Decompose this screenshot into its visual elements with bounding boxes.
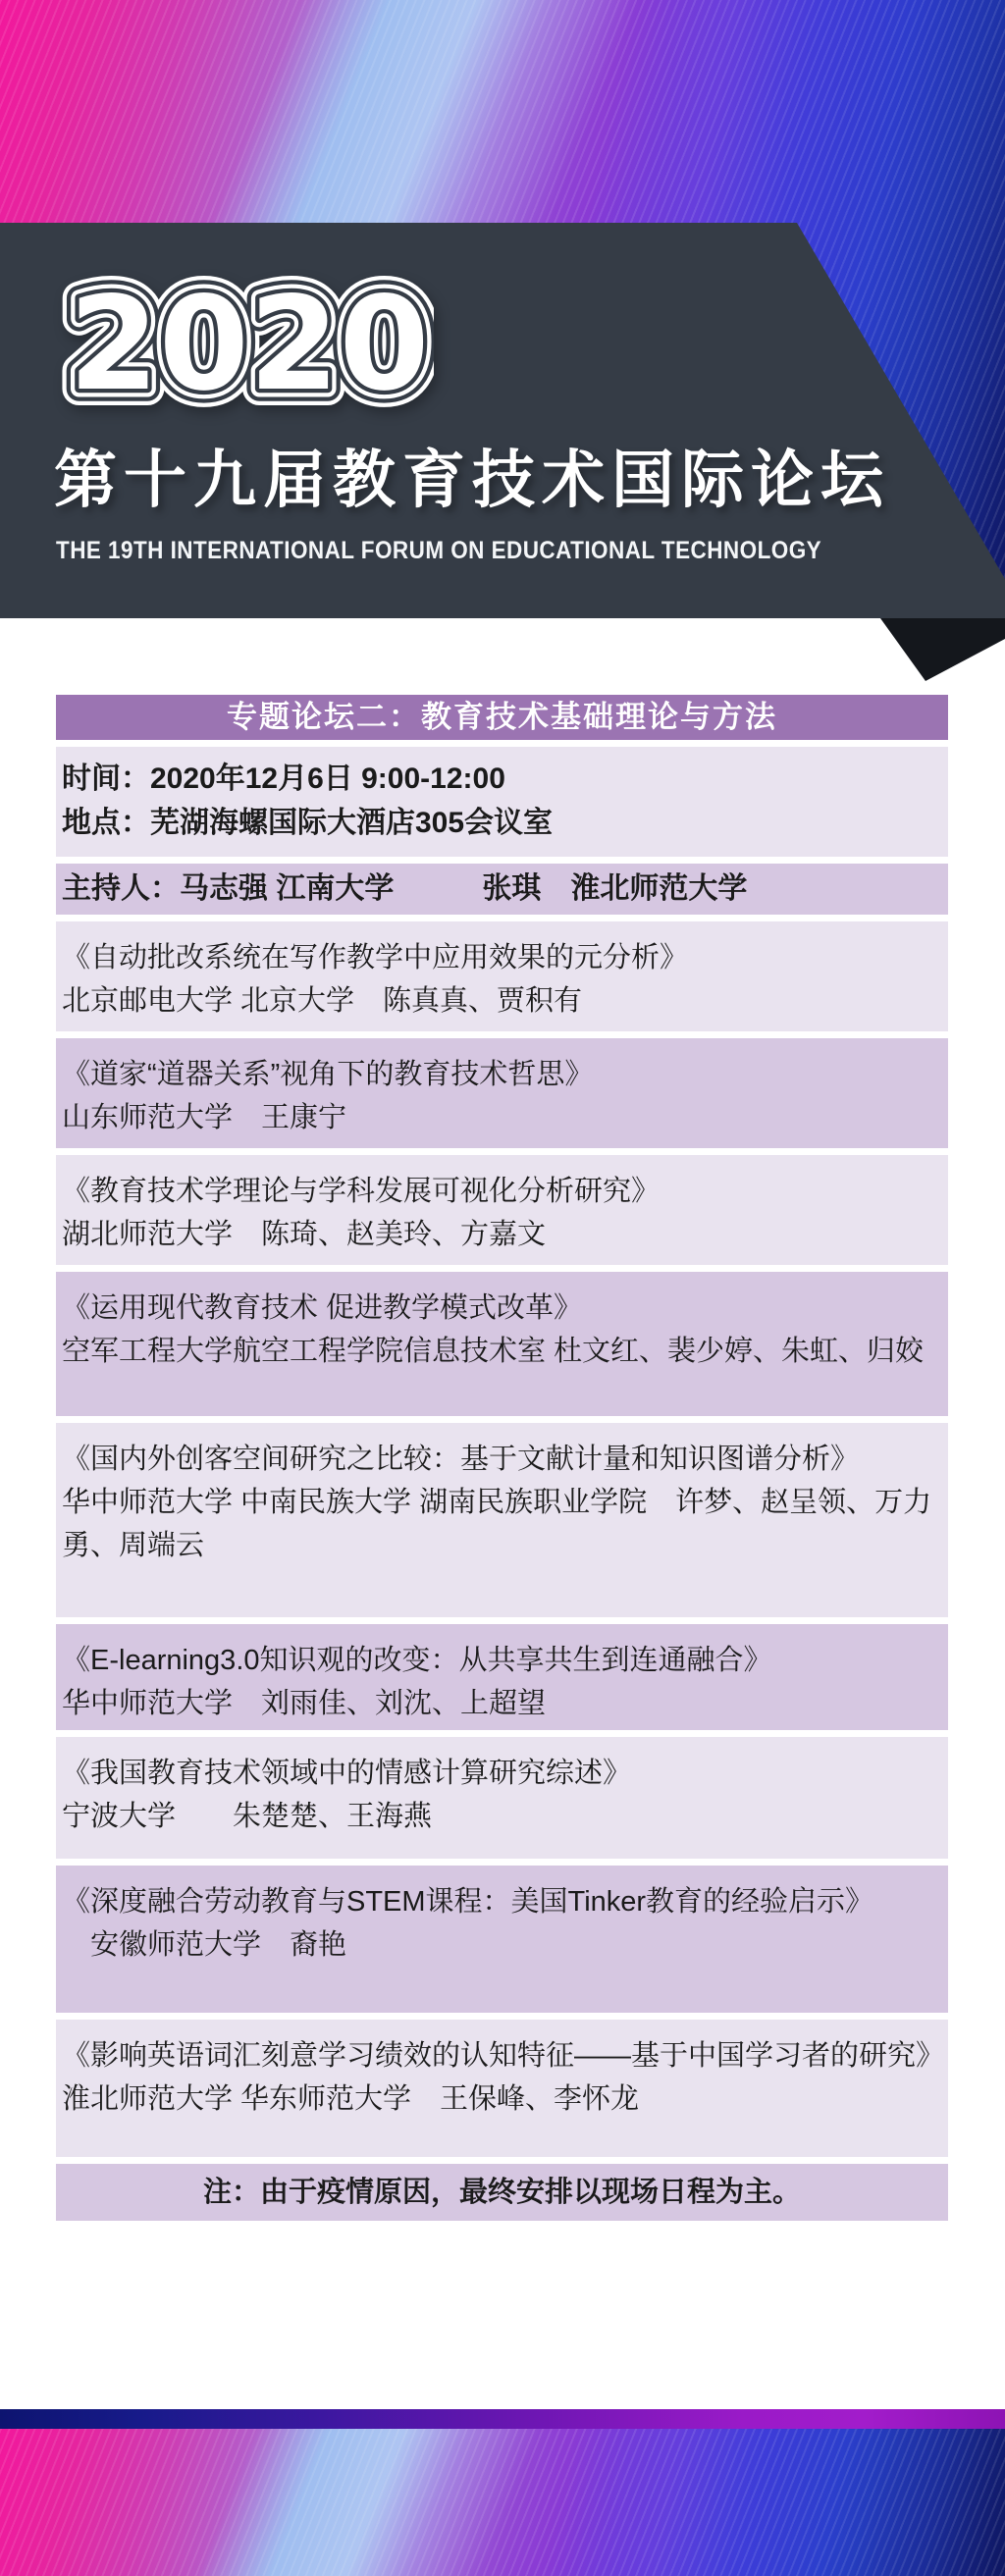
year-text-layer: 2020 [69,269,429,420]
paper-row: 《道家“道器关系”视角下的教育技术哲思》 山东师范大学 王康宁 [56,1038,948,1148]
note-row: 注：由于疫情原因，最终安排以现场日程为主。 [56,2164,948,2221]
paper-authors: 华中师范大学 刘雨佳、刘沈、上超望 [62,1682,936,1725]
paper-title: 《道家“道器关系”视角下的教育技术哲思》 [62,1053,936,1096]
time-line: 时间：2020年12月6日 9:00-12:00 [62,757,936,801]
paper-row: 《我国教育技术领域中的情感计算研究综述》 宁波大学 朱楚楚、王海燕 [56,1737,948,1859]
place-line: 地点：芜湖海螺国际大酒店305会议室 [62,801,936,845]
year-2020-striped-text: 2020 2020 2020 2020 2020 [51,267,434,424]
bottom-gradient-artwork [0,2429,1005,2576]
paper-title: 《E-learning3.0知识观的改变：从共享共生到连通融合》 [62,1639,936,1682]
session-header-bar: 专题论坛二：教育技术基础理论与方法 [56,695,948,740]
paper-row: 《E-learning3.0知识观的改变：从共享共生到连通融合》 华中师范大学 … [56,1624,948,1730]
bottom-accent-stripe [0,2409,1005,2429]
banner-fold-triangle [854,618,1005,683]
time-place-row: 时间：2020年12月6日 9:00-12:00 地点：芜湖海螺国际大酒店305… [56,747,948,857]
paper-title: 《我国教育技术领域中的情感计算研究综述》 [62,1752,936,1795]
program-table: 专题论坛二：教育技术基础理论与方法 时间：2020年12月6日 9:00-12:… [56,695,948,2221]
paper-authors: 湖北师范大学 陈琦、赵美玲、方嘉文 [62,1213,936,1256]
paper-authors: 山东师范大学 王康宁 [62,1096,936,1139]
session-title: 专题论坛二：教育技术基础理论与方法 [227,696,777,739]
paper-title: 《国内外创客空间研究之比较：基于文献计量和知识图谱分析》 [62,1438,936,1481]
forum-title-chinese: 第十九届教育技术国际论坛 [54,444,957,516]
paper-authors: 安徽师范大学 裔艳 [62,1923,936,1967]
paper-row: 《国内外创客空间研究之比较：基于文献计量和知识图谱分析》 华中师范大学 中南民族… [56,1423,948,1617]
paper-title: 《深度融合劳动教育与STEM课程：美国Tinker教育的经验启示》 [62,1880,936,1923]
paper-authors: 华中师范大学 中南民族大学 湖南民族职业学院 许梦、赵呈领、万力勇、周端云 [62,1481,936,1567]
poster: 2020 2020 2020 2020 2020 第十九届教育技术国际论坛 TH… [0,0,1005,2576]
paper-authors: 空军工程大学航空工程学院信息技术室 杜文红、裴少婷、朱虹、归姣 [62,1330,936,1373]
paper-authors: 宁波大学 朱楚楚、王海燕 [62,1795,936,1838]
paper-title: 《教育技术学理论与学科发展可视化分析研究》 [62,1170,936,1213]
paper-authors: 北京邮电大学 北京大学 陈真真、贾积有 [62,979,936,1023]
paper-row: 《影响英语词汇刻意学习绩效的认知特征——基于中国学习者的研究》 淮北师范大学 华… [56,2020,948,2157]
host-line: 主持人：马志强 江南大学 张琪 淮北师范大学 [62,867,747,911]
note-text: 注：由于疫情原因，最终安排以现场日程为主。 [203,2171,801,2214]
paper-row: 《教育技术学理论与学科发展可视化分析研究》 湖北师范大学 陈琦、赵美玲、方嘉文 [56,1155,948,1265]
forum-title-english: THE 19TH INTERNATIONAL FORUM ON EDUCATIO… [56,537,922,565]
paper-title: 《影响英语词汇刻意学习绩效的认知特征——基于中国学习者的研究》 [62,2034,936,2077]
paper-title: 《运用现代教育技术 促进教学模式改革》 [62,1287,936,1330]
paper-row: 《运用现代教育技术 促进教学模式改革》 空军工程大学航空工程学院信息技术室 杜文… [56,1272,948,1416]
paper-authors: 淮北师范大学 华东师范大学 王保峰、李怀龙 [62,2077,936,2121]
paper-row: 《深度融合劳动教育与STEM课程：美国Tinker教育的经验启示》 安徽师范大学… [56,1866,948,2013]
paper-row: 《自动批改系统在写作教学中应用效果的元分析》 北京邮电大学 北京大学 陈真真、贾… [56,921,948,1031]
host-row: 主持人：马志强 江南大学 张琪 淮北师范大学 [56,864,948,915]
paper-title: 《自动批改系统在写作教学中应用效果的元分析》 [62,936,936,979]
